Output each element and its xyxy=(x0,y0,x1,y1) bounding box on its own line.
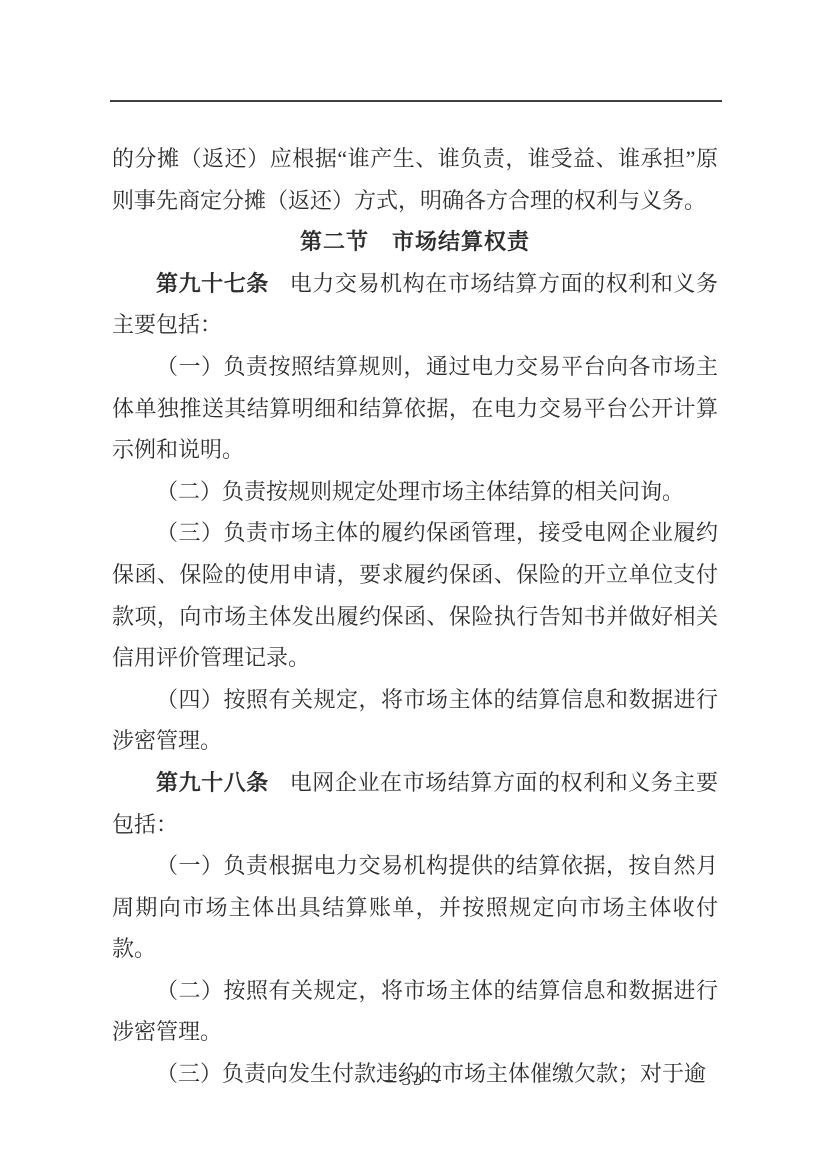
article-98-item-2: （二）按照有关规定，将市场主体的结算信息和数据进行涉密管理。 xyxy=(112,970,718,1053)
article-97-intro: 第九十七条电力交易机构在市场结算方面的权利和义务主要包括： xyxy=(112,263,718,346)
article-97-number: 第九十七条 xyxy=(156,271,269,296)
article-98-number: 第九十八条 xyxy=(156,770,269,795)
section-heading: 第二节 市场结算权责 xyxy=(112,221,718,263)
document-page: 的分摊（返还）应根据“谁产生、谁负责，谁受益、谁承担”原则事先商定分摊（返还）方… xyxy=(0,0,826,1169)
article-97-item-1: （一）负责按照结算规则，通过电力交易平台向各市场主体单独推送其结算明细和结算依据… xyxy=(112,346,718,471)
article-98-item-1: （一）负责根据电力交易机构提供的结算依据，按自然月周期向市场主体出具结算账单，并… xyxy=(112,845,718,970)
article-97-item-2: （二）负责按规则规定处理市场主体结算的相关问询。 xyxy=(112,471,718,513)
body-text: 的分摊（返还）应根据“谁产生、谁负责，谁受益、谁承担”原则事先商定分摊（返还）方… xyxy=(112,138,718,1095)
article-97-item-4: （四）按照有关规定，将市场主体的结算信息和数据进行涉密管理。 xyxy=(112,679,718,762)
header-rule xyxy=(110,100,722,102)
continuation-paragraph: 的分摊（返还）应根据“谁产生、谁负责，谁受益、谁承担”原则事先商定分摊（返还）方… xyxy=(112,138,718,221)
article-97-item-3: （三）负责市场主体的履约保函管理，接受电网企业履约保函、保险的使用申请，要求履约… xyxy=(112,512,718,678)
article-98-intro: 第九十八条电网企业在市场结算方面的权利和义务主要包括： xyxy=(112,762,718,845)
page-number: – 33 – xyxy=(0,1068,826,1092)
